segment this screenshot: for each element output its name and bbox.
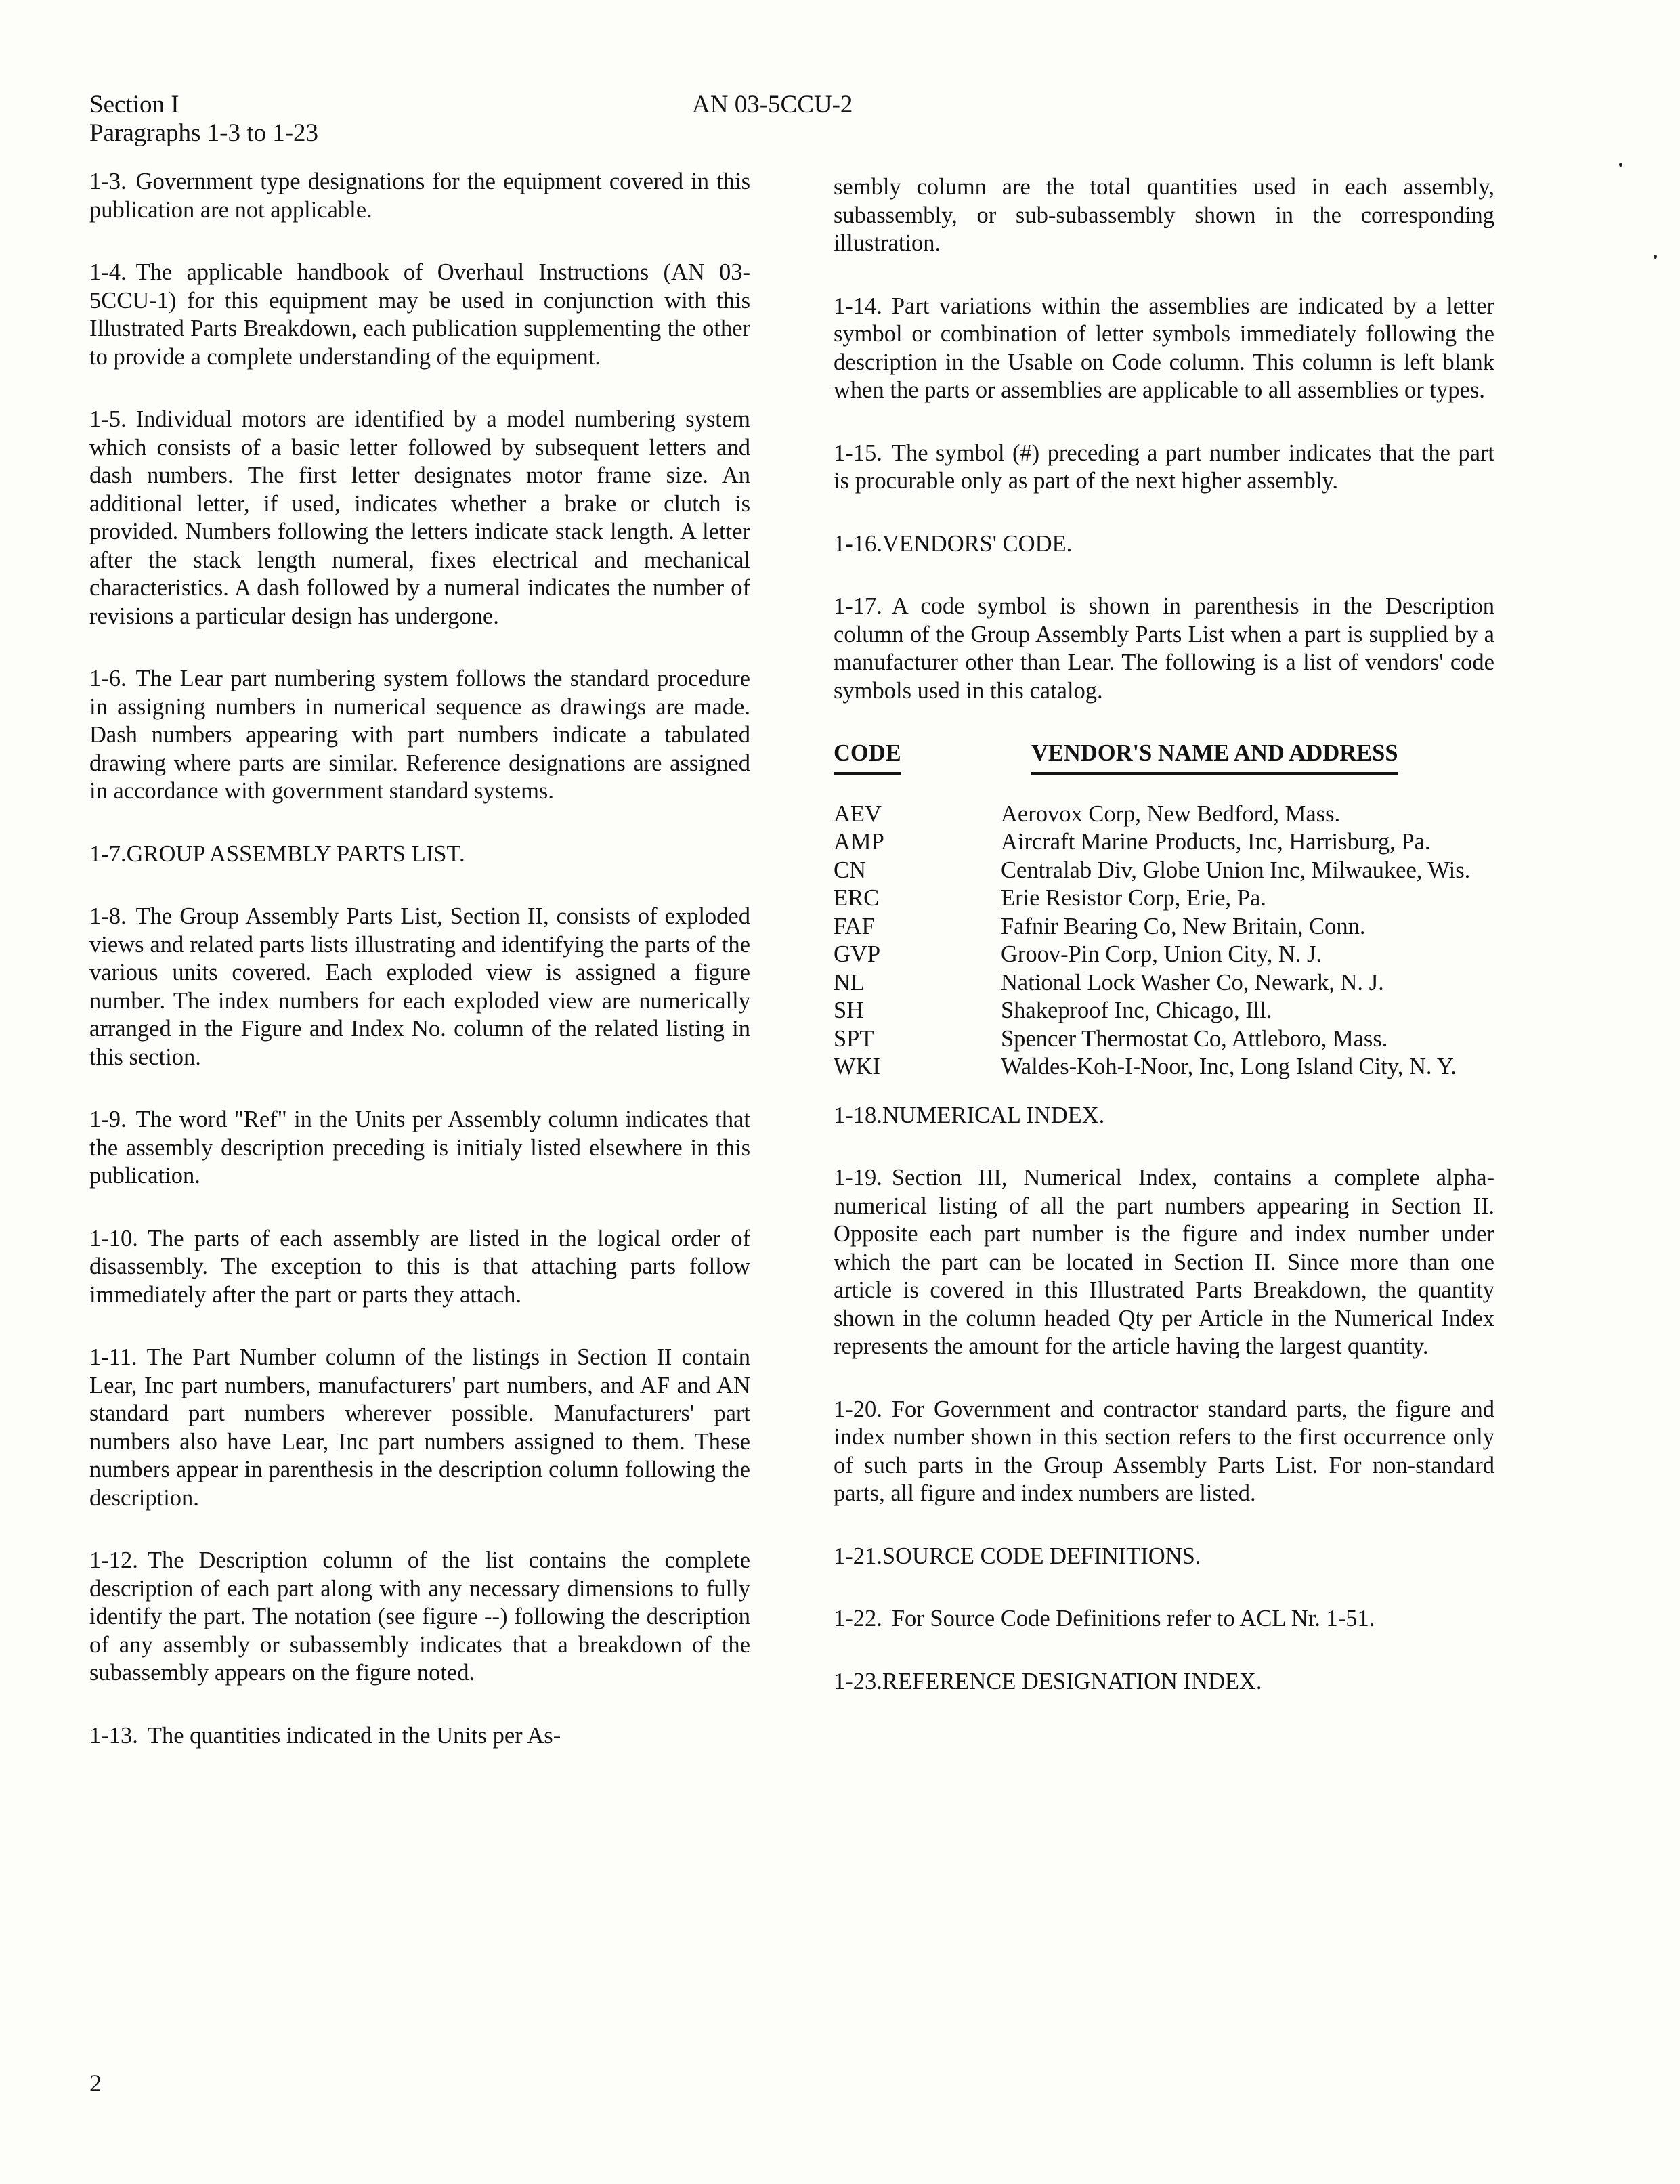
paragraph: 1-17.A code symbol is shown in parenthes… (834, 593, 1494, 705)
paragraph-number: 1-3. (89, 169, 127, 194)
paragraph-number: 1-12. (89, 1547, 138, 1573)
paragraph-text: The quantities indicated in the Units pe… (148, 1723, 561, 1749)
section-heading: 1-16.VENDORS' CODE. (834, 530, 1494, 559)
vendor-name: Spencer Thermostat Co, Attleboro, Mass. (1001, 1025, 1494, 1054)
section-heading: 1-18.NUMERICAL INDEX. (834, 1102, 1494, 1130)
section-label: Section I (89, 91, 318, 119)
paragraph-number: 1-17. (834, 593, 882, 619)
vendor-row: NLNational Lock Washer Co, Newark, N. J. (834, 969, 1494, 998)
vendor-name: Shakeproof Inc, Chicago, Ill. (1001, 997, 1494, 1025)
paragraph-text: NUMERICAL INDEX. (882, 1102, 1104, 1128)
paragraph: 1-3.Government type designations for the… (89, 168, 750, 224)
vendor-code: AEV (834, 800, 1001, 829)
paragraph-number: 1-22. (834, 1606, 882, 1631)
vendor-code: NL (834, 969, 1001, 998)
vendor-table: AEVAerovox Corp, New Bedford, Mass.AMPAi… (834, 800, 1494, 1082)
vendor-row: AEVAerovox Corp, New Bedford, Mass. (834, 800, 1494, 829)
paragraph-text: Part variations within the assemblies ar… (834, 293, 1494, 404)
paragraph: 1-8.The Group Assembly Parts List, Secti… (89, 903, 750, 1071)
vendor-code: SPT (834, 1025, 1001, 1054)
page-header-left: Section I Paragraphs 1-3 to 1-23 (89, 91, 318, 148)
paragraph-number: 1-13. (89, 1723, 138, 1749)
paragraph: 1-4.The applicable handbook of Overhaul … (89, 259, 750, 371)
vendor-code: FAF (834, 913, 1001, 941)
paragraph-number: 1-4. (89, 259, 127, 285)
document-number: AN 03-5CCU-2 (692, 91, 853, 119)
paragraph-range: Paragraphs 1-3 to 1-23 (89, 119, 318, 148)
paragraph-text: SOURCE CODE DEFINITIONS. (882, 1543, 1201, 1569)
paragraph: 1-9.The word "Ref" in the Units per Asse… (89, 1106, 750, 1191)
paragraph-number: 1-18. (834, 1102, 882, 1128)
vendor-row: SHShakeproof Inc, Chicago, Ill. (834, 997, 1494, 1025)
vendor-code: CN (834, 857, 1001, 885)
paragraph-number: 1-15. (834, 440, 882, 466)
continued-paragraph: sembly column are the total quantities u… (834, 173, 1494, 258)
vendor-row: AMPAircraft Marine Products, Inc, Harris… (834, 828, 1494, 857)
paragraph-number: 1-14. (834, 293, 882, 319)
vendor-row: SPTSpencer Thermostat Co, Attleboro, Mas… (834, 1025, 1494, 1054)
paragraph-text: REFERENCE DESIGNATION INDEX. (882, 1669, 1262, 1694)
vendor-code: ERC (834, 884, 1001, 913)
scan-speck (1619, 163, 1622, 167)
paragraph: 1-11.The Part Number column of the listi… (89, 1344, 750, 1512)
right-column: sembly column are the total quantities u… (834, 173, 1494, 1730)
vendor-column-header: VENDOR'S NAME AND ADDRESS (1031, 740, 1398, 775)
vendor-table-header: CODE VENDOR'S NAME AND ADDRESS (834, 740, 1494, 775)
paragraph-text: For Government and contractor standard p… (834, 1396, 1494, 1507)
paragraph-text: Individual motors are identified by a mo… (89, 406, 750, 629)
vendor-row: WKIWaldes-Koh-I-Noor, Inc, Long Island C… (834, 1053, 1494, 1082)
paragraph: 1-15.The symbol (#) preceding a part num… (834, 440, 1494, 496)
paragraph-text: The Group Assembly Parts List, Section I… (89, 903, 750, 1070)
page-number: 2 (89, 2069, 102, 2097)
paragraph-number: 1-16. (834, 531, 882, 557)
vendor-code: SH (834, 997, 1001, 1025)
paragraph-text: The word "Ref" in the Units per Assembly… (89, 1107, 750, 1189)
vendor-code: WKI (834, 1053, 1001, 1082)
paragraph-text: VENDORS' CODE. (882, 531, 1072, 557)
vendor-name: Aerovox Corp, New Bedford, Mass. (1001, 800, 1494, 829)
paragraph: 1-12.The Description column of the list … (89, 1547, 750, 1688)
vendor-code: AMP (834, 828, 1001, 857)
left-column: 1-3.Government type designations for the… (89, 168, 750, 1784)
paragraph-number: 1-9. (89, 1107, 127, 1132)
vendor-row: FAFFafnir Bearing Co, New Britain, Conn. (834, 913, 1494, 941)
vendor-name: Centralab Div, Globe Union Inc, Milwauke… (1001, 857, 1494, 885)
paragraph-text: The symbol (#) preceding a part number i… (834, 440, 1494, 494)
vendor-row: CNCentralab Div, Globe Union Inc, Milwau… (834, 857, 1494, 885)
paragraph-number: 1-19. (834, 1165, 882, 1191)
paragraph-text: A code symbol is shown in parenthesis in… (834, 593, 1494, 704)
paragraph-text: The Lear part numbering system follows t… (89, 666, 750, 804)
vendor-name: National Lock Washer Co, Newark, N. J. (1001, 969, 1494, 998)
paragraph-text: The Description column of the list conta… (89, 1547, 750, 1686)
paragraph: 1-13.The quantities indicated in the Uni… (89, 1722, 750, 1751)
paragraph-text: The Part Number column of the listings i… (89, 1344, 750, 1511)
paragraph-number: 1-8. (89, 903, 127, 929)
paragraph-text: For Source Code Definitions refer to ACL… (892, 1606, 1375, 1631)
paragraph-number: 1-10. (89, 1226, 138, 1251)
paragraph-number: 1-23. (834, 1669, 882, 1694)
paragraph-number: 1-7. (89, 841, 127, 867)
code-column-header: CODE (834, 740, 901, 775)
paragraph-text: The applicable handbook of Overhaul Inst… (89, 259, 750, 370)
section-heading: 1-21.SOURCE CODE DEFINITIONS. (834, 1543, 1494, 1571)
paragraph: 1-20.For Government and contractor stand… (834, 1396, 1494, 1508)
paragraph-text: Section III, Numerical Index, contains a… (834, 1165, 1494, 1359)
paragraph-text: Government type designations for the equ… (89, 169, 750, 223)
paragraph: 1-10.The parts of each assembly are list… (89, 1225, 750, 1310)
paragraph-text: GROUP ASSEMBLY PARTS LIST. (127, 841, 465, 867)
paragraph-number: 1-20. (834, 1396, 882, 1422)
paragraph-number: 1-11. (89, 1344, 137, 1370)
paragraph: 1-22.For Source Code Definitions refer t… (834, 1605, 1494, 1633)
vendor-name: Aircraft Marine Products, Inc, Harrisbur… (1001, 828, 1494, 857)
paragraph-number: 1-5. (89, 406, 127, 432)
paragraph: 1-5.Individual motors are identified by … (89, 406, 750, 630)
paragraph-number: 1-6. (89, 666, 127, 691)
vendor-name: Waldes-Koh-I-Noor, Inc, Long Island City… (1001, 1053, 1494, 1082)
vendor-name: Groov-Pin Corp, Union City, N. J. (1001, 941, 1494, 969)
vendor-row: GVPGroov-Pin Corp, Union City, N. J. (834, 941, 1494, 969)
paragraph: 1-6.The Lear part numbering system follo… (89, 665, 750, 806)
scan-speck (1654, 255, 1657, 259)
vendor-name: Fafnir Bearing Co, New Britain, Conn. (1001, 913, 1494, 941)
paragraph: 1-19.Section III, Numerical Index, conta… (834, 1164, 1494, 1361)
vendor-name: Erie Resistor Corp, Erie, Pa. (1001, 884, 1494, 913)
vendor-code: GVP (834, 941, 1001, 969)
section-heading: 1-23.REFERENCE DESIGNATION INDEX. (834, 1668, 1494, 1696)
vendor-row: ERCErie Resistor Corp, Erie, Pa. (834, 884, 1494, 913)
paragraph-text: The parts of each assembly are listed in… (89, 1226, 750, 1308)
paragraph-number: 1-21. (834, 1543, 882, 1569)
paragraph: 1-14.Part variations within the assembli… (834, 293, 1494, 405)
section-heading: 1-7.GROUP ASSEMBLY PARTS LIST. (89, 840, 750, 869)
